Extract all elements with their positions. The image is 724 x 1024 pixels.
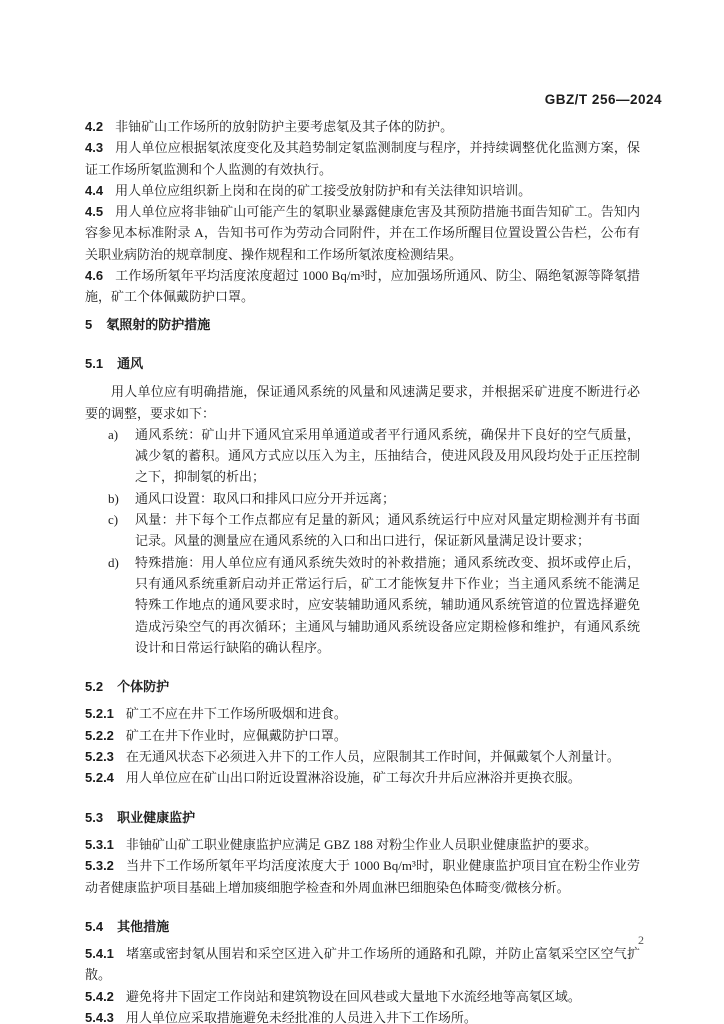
clause-text: 当井下工作场所氡年平均活度浓度大于 1000 Bq/m³时，职业健康监护项目宜在…: [85, 858, 640, 894]
clause-5-2-2: 5.2.2矿工在井下作业时，应佩戴防护口罩。: [85, 725, 640, 746]
list-item-text: 通风系统：矿山井下通风宜采用单通道或者平行通风系统，确保井下良好的空气质量，减少…: [135, 427, 640, 485]
clause-text: 在无通风状态下必须进入井下的工作人员，应限制其工作时间，并佩戴氡个人剂量计。: [126, 749, 620, 764]
clause-text: 堵塞或密封氡从围岩和采空区进入矿井工作场所的通路和孔隙，并防止富氡采空区空气扩散…: [85, 946, 640, 982]
clause-number: 5.4.3: [85, 1010, 114, 1024]
list-item-text: 特殊措施：用人单位应有通风系统失效时的补救措施；通风系统改变、损坏或停止后，只有…: [135, 555, 640, 655]
clause-4-4: 4.4用人单位应组织新上岗和在岗的矿工接受放射防护和有关法律知识培训。: [85, 180, 640, 201]
clause-number: 5.2.4: [85, 770, 114, 785]
clause-text: 避免将井下固定工作岗站和建筑物设在回风巷或大量地下水流经地等高氡区域。: [126, 989, 581, 1004]
clause-text: 用人单位应组织新上岗和在岗的矿工接受放射防护和有关法律知识培训。: [115, 183, 531, 198]
ventilation-requirements-list: a)通风系统：矿山井下通风宜采用单通道或者平行通风系统，确保井下良好的空气质量，…: [85, 424, 640, 658]
list-marker: c): [108, 509, 118, 530]
clause-4-5: 4.5用人单位应将非铀矿山可能产生的氡职业暴露健康危害及其预防措施书面告知矿工。…: [85, 201, 640, 265]
clause-5-2-3: 5.2.3在无通风状态下必须进入井下的工作人员，应限制其工作时间，并佩戴氡个人剂…: [85, 746, 640, 767]
clause-number: 4.5: [85, 204, 103, 219]
section-title: 氡照射的防护措施: [106, 317, 210, 332]
clause-5-4-3: 5.4.3用人单位应采取措施避免未经批准的人员进入井下工作场所。: [85, 1007, 640, 1024]
clause-number: 5.2.1: [85, 706, 114, 721]
clause-number: 4.4: [85, 183, 103, 198]
clause-text: 工作场所氡年平均活度浓度超过 1000 Bq/m³时，应加强场所通风、防尘、隔绝…: [85, 268, 640, 304]
clause-number: 5.3.2: [85, 858, 114, 873]
clause-5-4-1: 5.4.1堵塞或密封氡从围岩和采空区进入矿井工作场所的通路和孔隙，并防止富氡采空…: [85, 943, 640, 986]
list-item-b: b)通风口设置：取风口和排风口应分开并远离；: [85, 488, 640, 509]
clause-4-6: 4.6工作场所氡年平均活度浓度超过 1000 Bq/m³时，应加强场所通风、防尘…: [85, 265, 640, 308]
clause-5-4-2: 5.4.2避免将井下固定工作岗站和建筑物设在回风巷或大量地下水流经地等高氡区域。: [85, 986, 640, 1007]
section-title: 其他措施: [117, 919, 169, 934]
clause-text: 非铀矿山工作场所的放射防护主要考虑氡及其子体的防护。: [115, 119, 453, 134]
clause-number: 5.4.2: [85, 989, 114, 1004]
clause-number: 4.2: [85, 119, 103, 134]
clause-text: 用人单位应将非铀矿山可能产生的氡职业暴露健康危害及其预防措施书面告知矿工。告知内…: [85, 204, 640, 262]
clause-5-2-4: 5.2.4用人单位应在矿山出口附近设置淋浴设施，矿工每次升井后应淋浴并更换衣服。: [85, 767, 640, 788]
clause-5-3-1: 5.3.1非铀矿山矿工职业健康监护应满足 GBZ 188 对粉尘作业人员职业健康…: [85, 834, 640, 855]
section-title: 通风: [117, 356, 143, 371]
page-number: 2: [638, 933, 644, 948]
section-number: 5: [85, 317, 92, 332]
clause-text: 非铀矿山矿工职业健康监护应满足 GBZ 188 对粉尘作业人员职业健康监护的要求…: [126, 837, 597, 852]
clause-number: 5.2.3: [85, 749, 114, 764]
page-content: 4.2非铀矿山工作场所的放射防护主要考虑氡及其子体的防护。 4.3用人单位应根据…: [85, 0, 640, 1024]
list-item-text: 通风口设置：取风口和排风口应分开并远离；: [135, 491, 395, 506]
section-title: 职业健康监护: [117, 810, 195, 825]
clause-number: 4.6: [85, 268, 103, 283]
section-number: 5.1: [85, 356, 103, 371]
clause-text: 矿工不应在井下工作场所吸烟和进食。: [126, 706, 347, 721]
clause-number: 5.3.1: [85, 837, 114, 852]
section-5-2-heading: 5.2个体防护: [85, 676, 640, 697]
clause-number: 5.4.1: [85, 946, 114, 961]
list-marker: a): [108, 424, 118, 445]
clause-number: 4.3: [85, 140, 103, 155]
list-marker: d): [108, 552, 119, 573]
section-title: 个体防护: [117, 679, 169, 694]
section-5-3-heading: 5.3职业健康监护: [85, 807, 640, 828]
clause-5-2-1: 5.2.1矿工不应在井下工作场所吸烟和进食。: [85, 703, 640, 724]
clause-text: 用人单位应采取措施避免未经批准的人员进入井下工作场所。: [126, 1010, 477, 1024]
clause-text: 用人单位应根据氡浓度变化及其趋势制定氡监测制度与程序，并持续调整优化监测方案，保…: [85, 140, 640, 176]
section-number: 5.2: [85, 679, 103, 694]
clause-text: 用人单位应在矿山出口附近设置淋浴设施，矿工每次升井后应淋浴并更换衣服。: [126, 770, 581, 785]
section-5-1-heading: 5.1通风: [85, 353, 640, 374]
section-number: 5.3: [85, 810, 103, 825]
section-5-4-heading: 5.4其他措施: [85, 916, 640, 937]
clause-4-3: 4.3用人单位应根据氡浓度变化及其趋势制定氡监测制度与程序，并持续调整优化监测方…: [85, 137, 640, 180]
section-5-1-intro: 用人单位应有明确措施，保证通风系统的风量和风速满足要求，并根据采矿进度不断进行必…: [85, 381, 640, 424]
list-item-text: 风量：井下每个工作点都应有足量的新风；通风系统运行中应对风量定期检测并有书面记录…: [135, 512, 640, 548]
list-item-d: d)特殊措施：用人单位应有通风系统失效时的补救措施；通风系统改变、损坏或停止后，…: [85, 552, 640, 658]
list-item-c: c)风量：井下每个工作点都应有足量的新风；通风系统运行中应对风量定期检测并有书面…: [85, 509, 640, 552]
clause-number: 5.2.2: [85, 728, 114, 743]
clause-4-2: 4.2非铀矿山工作场所的放射防护主要考虑氡及其子体的防护。: [85, 116, 640, 137]
clause-text: 矿工在井下作业时，应佩戴防护口罩。: [126, 728, 347, 743]
clause-5-3-2: 5.3.2当井下工作场所氡年平均活度浓度大于 1000 Bq/m³时，职业健康监…: [85, 855, 640, 898]
list-item-a: a)通风系统：矿山井下通风宜采用单通道或者平行通风系统，确保井下良好的空气质量，…: [85, 424, 640, 488]
list-marker: b): [108, 488, 119, 509]
standard-document-page: GBZ/T 256—2024 4.2非铀矿山工作场所的放射防护主要考虑氡及其子体…: [0, 0, 724, 1024]
section-number: 5.4: [85, 919, 103, 934]
section-5-heading: 5氡照射的防护措施: [85, 314, 640, 335]
